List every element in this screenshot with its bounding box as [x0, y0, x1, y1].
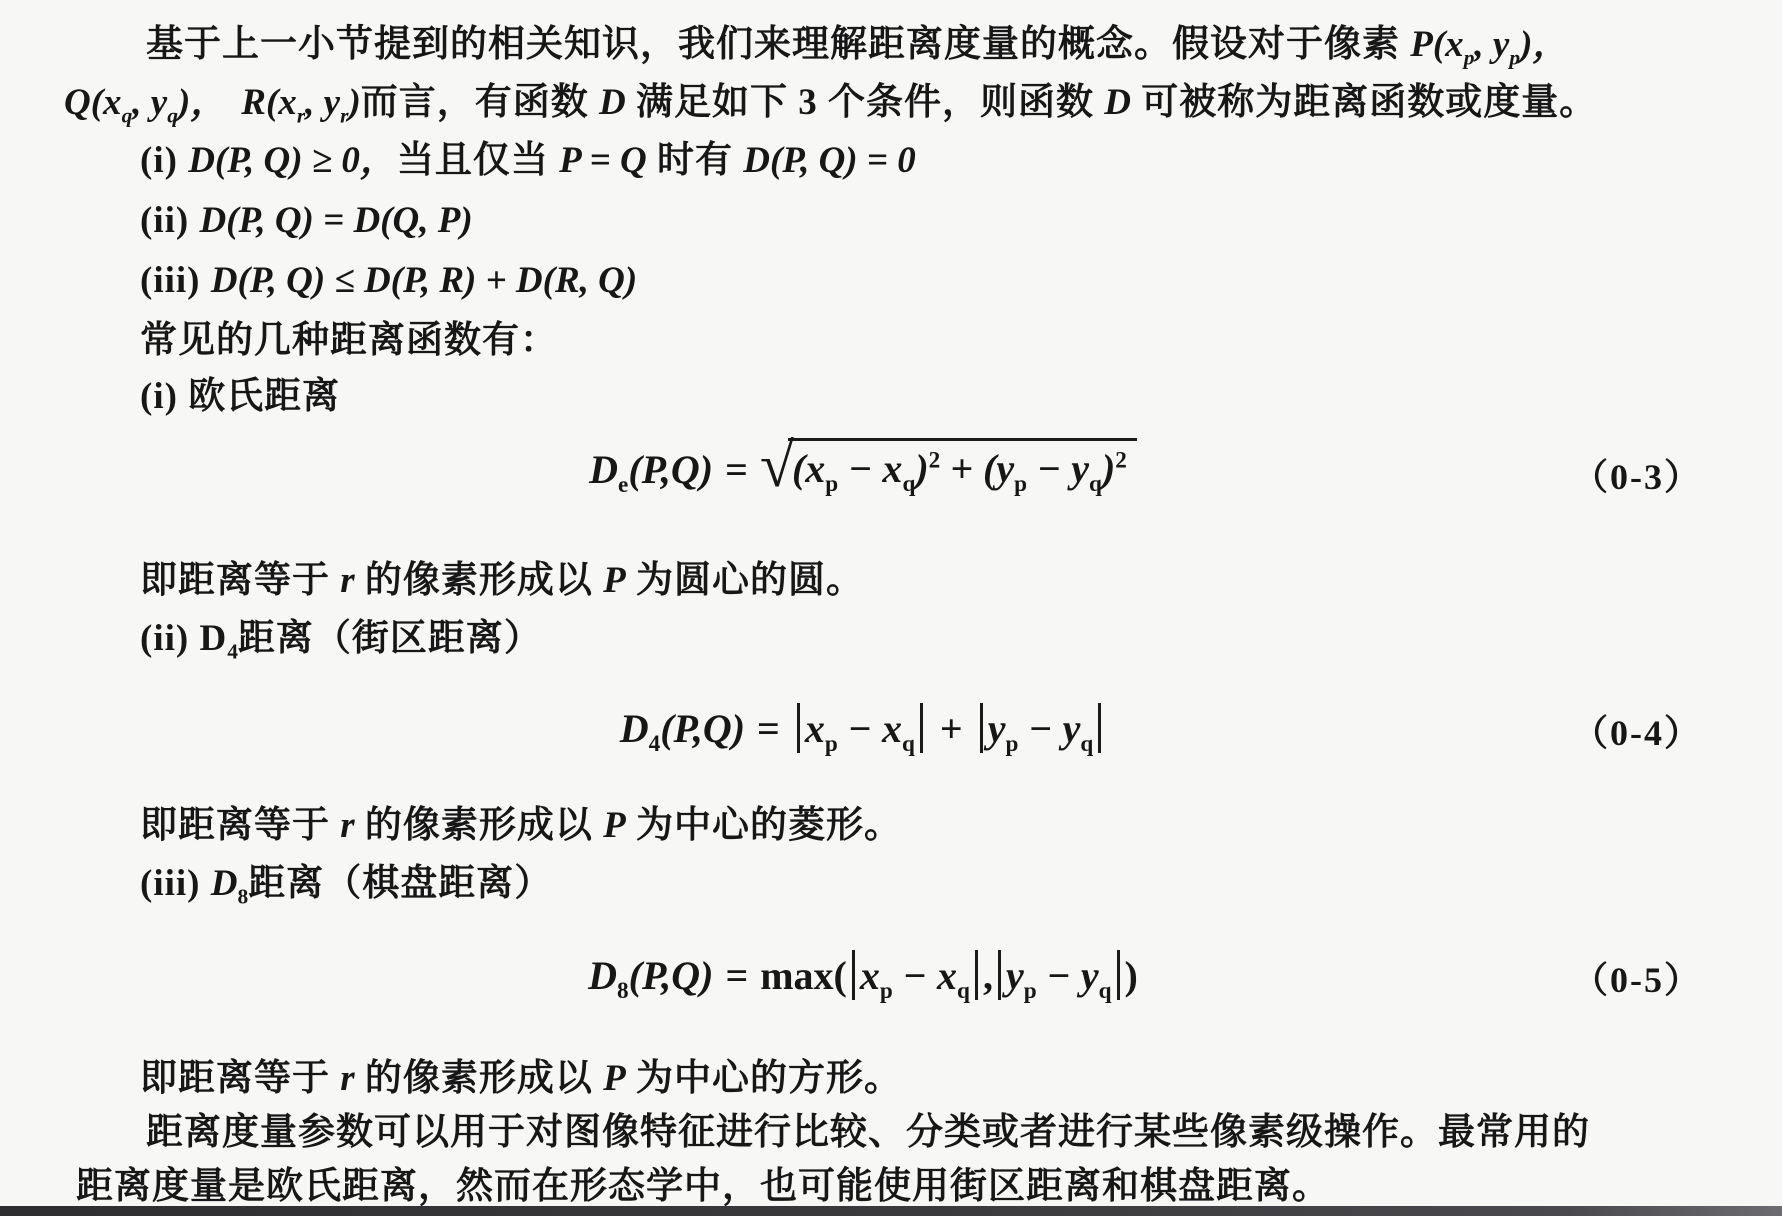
- math-open: (x: [91, 82, 122, 123]
- common-distances-heading: 常见的几种距离函数有：: [64, 312, 1702, 370]
- d8-heading: (iii) D8距离（棋盘距离）: [64, 855, 1702, 913]
- condition-i-text-1: 当且仅当: [397, 140, 559, 181]
- condition-ii-math: D(P, Q) = D(Q, P): [199, 200, 472, 241]
- eq5-comma: ,: [983, 953, 993, 998]
- eq3-sub: q: [1089, 471, 1102, 497]
- eq3-D-sub: e: [618, 472, 628, 498]
- math-close: )，: [178, 82, 227, 123]
- euclidean-label: (i): [140, 376, 188, 417]
- outro-text-2: 距离度量是欧氏距离，然而在形态学中，也可能使用街区距离和棋盘距离。: [76, 1166, 1330, 1207]
- equation-row-0-5: D8(P,Q)=max(xp − xq,yp − yq) （0-5）: [64, 925, 1702, 1029]
- eq3-sub: q: [902, 471, 915, 497]
- d4-symbol-sub: 4: [227, 639, 238, 663]
- math-open: (x: [1433, 24, 1464, 65]
- math-var-r: r: [340, 560, 354, 601]
- note-text: 为中心的方形。: [626, 1058, 902, 1099]
- eq4-args: (P,Q): [660, 706, 745, 751]
- eq4-sub: q: [1080, 731, 1093, 757]
- eq3-term: (x: [792, 446, 825, 491]
- d8-symbol-sub: 8: [237, 884, 248, 908]
- condition-i-text-2: 时有: [647, 140, 744, 181]
- d8-title: 距离: [248, 863, 324, 904]
- eq5-equals: =: [725, 953, 748, 998]
- intro-line-1: 基于上一小节提到的相关知识，我们来理解距离度量的概念。假设对于像素 P(xp, …: [64, 16, 1702, 74]
- note-text: 为中心的菱形。: [626, 805, 902, 846]
- eq4-term: − x: [838, 706, 902, 751]
- page-bottom-scan-edge: [0, 1206, 1782, 1216]
- math-sub-r: r: [297, 103, 305, 127]
- note-circle: 即距离等于 r 的像素形成以 P 为圆心的圆。: [64, 552, 1702, 610]
- eq3-term: ): [915, 446, 928, 491]
- condition-i-math-1: D(P, Q) ≥ 0，: [188, 140, 397, 181]
- math-close: ): [348, 82, 360, 123]
- eq4-sub: p: [825, 731, 838, 757]
- eq3-D: D: [589, 447, 618, 492]
- condition-i: (i) D(P, Q) ≥ 0，当且仅当 P = Q 时有 D(P, Q) = …: [64, 132, 1702, 190]
- math-var-P: P: [603, 1058, 626, 1099]
- abs-bar: [920, 703, 923, 753]
- math-var-r: r: [340, 805, 354, 846]
- math-sub-q: q: [122, 103, 133, 127]
- eq5-sub: q: [957, 978, 970, 1004]
- d8-paren: （棋盘距离）: [324, 863, 552, 904]
- note-text: 的像素形成以: [355, 560, 604, 601]
- eq5-term: − x: [893, 953, 957, 998]
- math-var-r: r: [340, 1058, 354, 1099]
- eq5-sub: p: [1024, 978, 1037, 1004]
- eq4-term: x: [805, 706, 825, 751]
- eq5-sub: p: [880, 978, 893, 1004]
- outro-text-1: 距离度量参数可以用于对图像特征进行比较、分类或者进行某些像素级操作。最常用的: [146, 1112, 1590, 1153]
- eq5-term: x: [860, 953, 880, 998]
- note-text: 为圆心的圆。: [626, 560, 864, 601]
- eq5-D: D: [588, 953, 617, 998]
- eq5-max-function: max(: [760, 953, 847, 998]
- math-var-D: D: [1104, 82, 1131, 123]
- eq3-sub: p: [825, 471, 838, 497]
- abs-bar: [797, 703, 800, 753]
- eq5-term: y: [1006, 953, 1024, 998]
- abs-bar: [980, 703, 983, 753]
- note-text: 即距离等于: [140, 1058, 340, 1099]
- pixel-r-math: R(xr, yr): [241, 82, 361, 123]
- eq3-term: + (y: [940, 446, 1014, 491]
- d4-title: 距离: [238, 618, 314, 659]
- condition-ii: (ii) D(P, Q) = D(Q, P): [64, 192, 1702, 250]
- sqrt-body: (xp − xq)2 + (yp − yq)2: [788, 438, 1137, 498]
- math-var-P: P: [603, 560, 626, 601]
- eq3-args: (P,Q): [628, 447, 713, 492]
- eq5-sub: q: [1099, 978, 1112, 1004]
- condition-ii-label: (ii): [140, 200, 199, 241]
- note-square: 即距离等于 r 的像素形成以 P 为中心的方形。: [64, 1050, 1702, 1108]
- euclidean-title: 欧氏距离: [188, 376, 340, 417]
- d8-label: (iii): [140, 863, 211, 904]
- condition-iii-math: D(P, Q) ≤ D(P, R) + D(R, Q): [211, 260, 637, 301]
- eq4-sub: q: [902, 731, 915, 757]
- math-sub-q: q: [167, 103, 178, 127]
- intro-text-3: 满足如下 3 个条件，则函数: [626, 82, 1105, 123]
- math-var-Q: Q: [64, 82, 91, 123]
- equation-row-0-3: De(P,Q)=√(xp − xq)2 + (yp − yq)2 （0-3）: [64, 422, 1702, 526]
- note-text: 即距离等于: [140, 560, 340, 601]
- math-mid: , y: [305, 82, 340, 123]
- eq4-term: y: [988, 706, 1006, 751]
- square-root: √(xp − xq)2 + (yp − yq)2: [760, 438, 1137, 498]
- condition-iii: (iii) D(P, Q) ≤ D(P, R) + D(R, Q): [64, 252, 1702, 310]
- abs-bar: [1098, 703, 1101, 753]
- condition-i-math-3: D(P, Q) = 0: [743, 140, 916, 181]
- d8-symbol: D: [211, 863, 238, 904]
- euclidean-heading: (i) 欧氏距离: [64, 368, 1702, 426]
- math-var-P: P: [603, 805, 626, 846]
- eq5-close-paren: ): [1125, 953, 1138, 998]
- math-open: (x: [266, 82, 297, 123]
- math-var-R: R: [241, 82, 266, 123]
- eq3-term: ): [1102, 446, 1115, 491]
- eq4-plus: +: [940, 706, 963, 751]
- math-var-P: P: [1410, 24, 1433, 65]
- intro-line-2: Q(xq, yq)，R(xr, yr)而言，有函数 D 满足如下 3 个条件，则…: [64, 74, 1702, 132]
- math-var-D: D: [599, 82, 626, 123]
- note-text: 的像素形成以: [355, 805, 604, 846]
- intro-text-2: 而言，有函数: [361, 82, 599, 123]
- equation-0-5: D8(P,Q)=max(xp − xq,yp − yq): [119, 950, 1607, 1005]
- d4-heading: (ii) D4距离（街区距离）: [64, 610, 1702, 668]
- abs-bar: [998, 950, 1001, 1000]
- eq5-term: − y: [1037, 953, 1099, 998]
- eq4-equals: =: [757, 706, 780, 751]
- d4-label: (ii): [140, 618, 199, 659]
- intro-text-4: 可被称为距离函数或度量。: [1131, 82, 1597, 123]
- abs-bar: [1117, 950, 1120, 1000]
- math-mid: , y: [132, 82, 167, 123]
- eq3-equals: =: [725, 447, 748, 492]
- math-close: )，: [1520, 24, 1569, 65]
- math-mid: , y: [1474, 24, 1509, 65]
- eq5-D-sub: 8: [617, 978, 629, 1004]
- eq3-exp: 2: [929, 448, 941, 474]
- outro-line-1: 距离度量参数可以用于对图像特征进行比较、分类或者进行某些像素级操作。最常用的: [64, 1104, 1702, 1162]
- eq4-term: − y: [1018, 706, 1080, 751]
- eq3-sub: p: [1014, 471, 1027, 497]
- eq3-term: − x: [838, 446, 902, 491]
- common-heading-text: 常见的几种距离函数有：: [140, 320, 558, 361]
- abs-bar: [975, 950, 978, 1000]
- eq4-D-sub: 4: [649, 731, 661, 757]
- equation-0-3: De(P,Q)=√(xp − xq)2 + (yp − yq)2: [119, 444, 1607, 504]
- textbook-page: 基于上一小节提到的相关知识，我们来理解距离度量的概念。假设对于像素 P(xp, …: [0, 0, 1782, 1216]
- eq4-D: D: [620, 706, 649, 751]
- condition-i-label: (i): [140, 140, 188, 181]
- d4-symbol: D: [199, 618, 227, 659]
- condition-iii-label: (iii): [140, 260, 211, 301]
- pixel-p-math: P(xp, yp)，: [1410, 24, 1569, 65]
- equation-row-0-4: D4(P,Q)=xp − xq+yp − yq （0-4）: [64, 678, 1702, 782]
- note-text: 即距离等于: [140, 805, 340, 846]
- abs-bar: [852, 950, 855, 1000]
- math-sub-p: p: [1509, 45, 1520, 69]
- eq3-exp: 2: [1115, 448, 1127, 474]
- note-text: 的像素形成以: [355, 1058, 604, 1099]
- condition-i-math-2: P = Q: [559, 140, 647, 181]
- intro-text-1: 基于上一小节提到的相关知识，我们来理解距离度量的概念。假设对于像素: [146, 24, 1410, 65]
- equation-0-4: D4(P,Q)=xp − xq+yp − yq: [119, 703, 1607, 758]
- eq4-sub: p: [1005, 731, 1018, 757]
- pixel-q-math: Q(xq, yq)，: [64, 82, 227, 123]
- note-diamond: 即距离等于 r 的像素形成以 P 为中心的菱形。: [64, 797, 1702, 855]
- math-sub-p: p: [1464, 45, 1475, 69]
- eq3-term: − y: [1027, 446, 1089, 491]
- eq5-args: (P,Q): [629, 953, 714, 998]
- d4-paren: （街区距离）: [314, 618, 542, 659]
